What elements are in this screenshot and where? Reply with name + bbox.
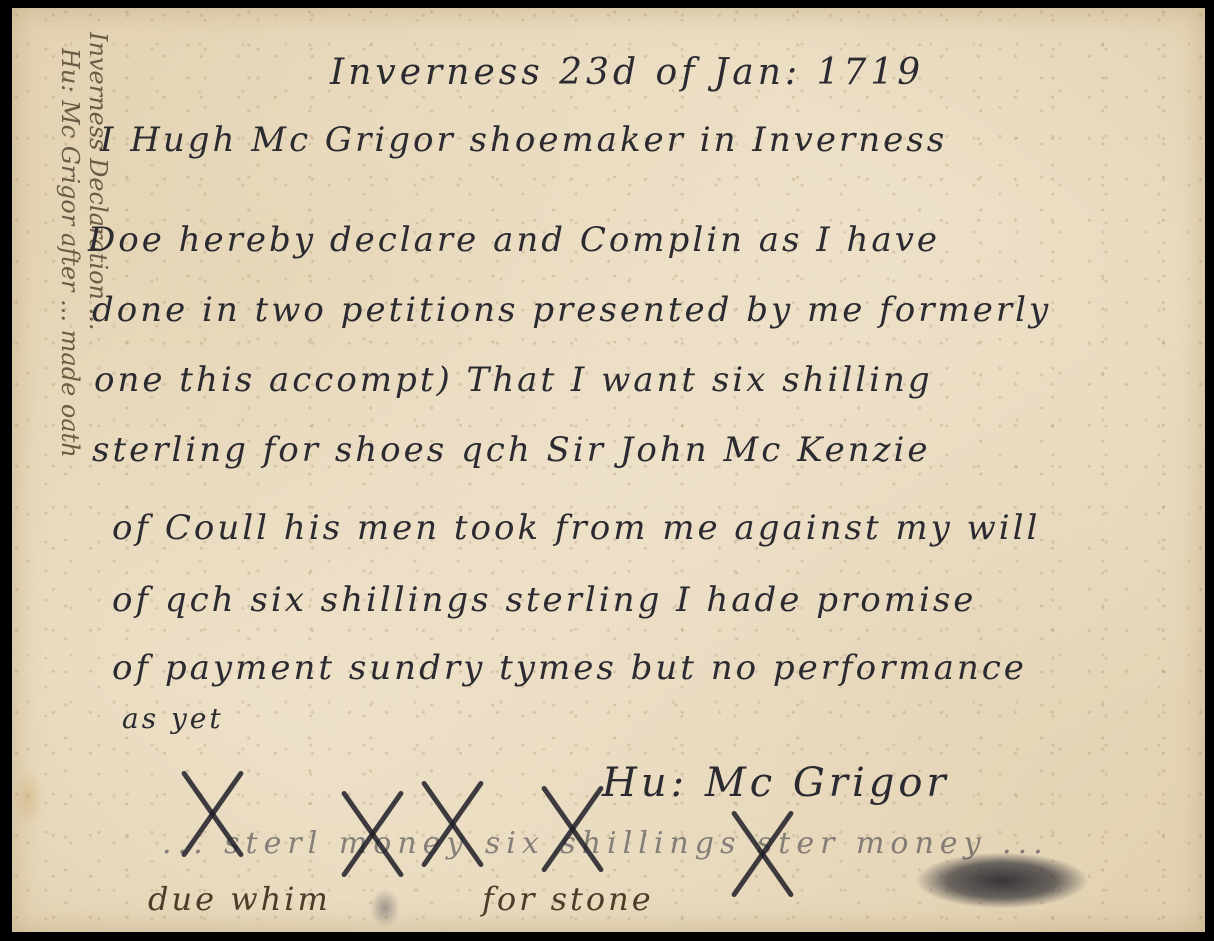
margin-note-inner: Hu: Mc Grigor after ... made oath	[56, 48, 84, 458]
paper-stain	[12, 768, 44, 828]
cross-mark-icon	[532, 783, 612, 873]
cross-mark-icon	[332, 788, 412, 878]
body-line-9: as yet	[122, 702, 224, 735]
body-line-8: of payment sundry tymes but no performan…	[112, 648, 1027, 688]
margin-note-outer: Inverness Declaration ...	[84, 32, 112, 331]
body-line-2: Doe hereby declare and Complin as I have	[88, 220, 940, 260]
body-line-5: sterling for shoes qch Sir John Mc Kenzi…	[92, 430, 931, 470]
body-line-1: I Hugh Mc Grigor shoemaker in Inverness	[100, 120, 947, 160]
cross-mark-icon	[722, 808, 802, 898]
ink-scribble-blot	[917, 853, 1087, 908]
manuscript-page: Inverness Declaration ... Hu: Mc Grigor …	[12, 8, 1205, 932]
body-line-4: one this accompt) That I want six shilli…	[94, 360, 933, 400]
cross-mark-icon	[412, 778, 492, 868]
document-heading-date: Inverness 23d of Jan: 1719	[330, 52, 924, 93]
footer-note-due: due whim	[148, 880, 331, 918]
body-line-7: of qch six shillings sterling I hade pro…	[112, 580, 976, 620]
cross-mark-icon	[172, 768, 252, 858]
footer-note-stone: for stone	[482, 880, 654, 918]
signature: Hu: Mc Grigor	[602, 760, 950, 806]
body-line-3: done in two petitions presented by me fo…	[92, 290, 1051, 330]
body-line-6: of Coull his men took from me against my…	[112, 508, 1040, 548]
